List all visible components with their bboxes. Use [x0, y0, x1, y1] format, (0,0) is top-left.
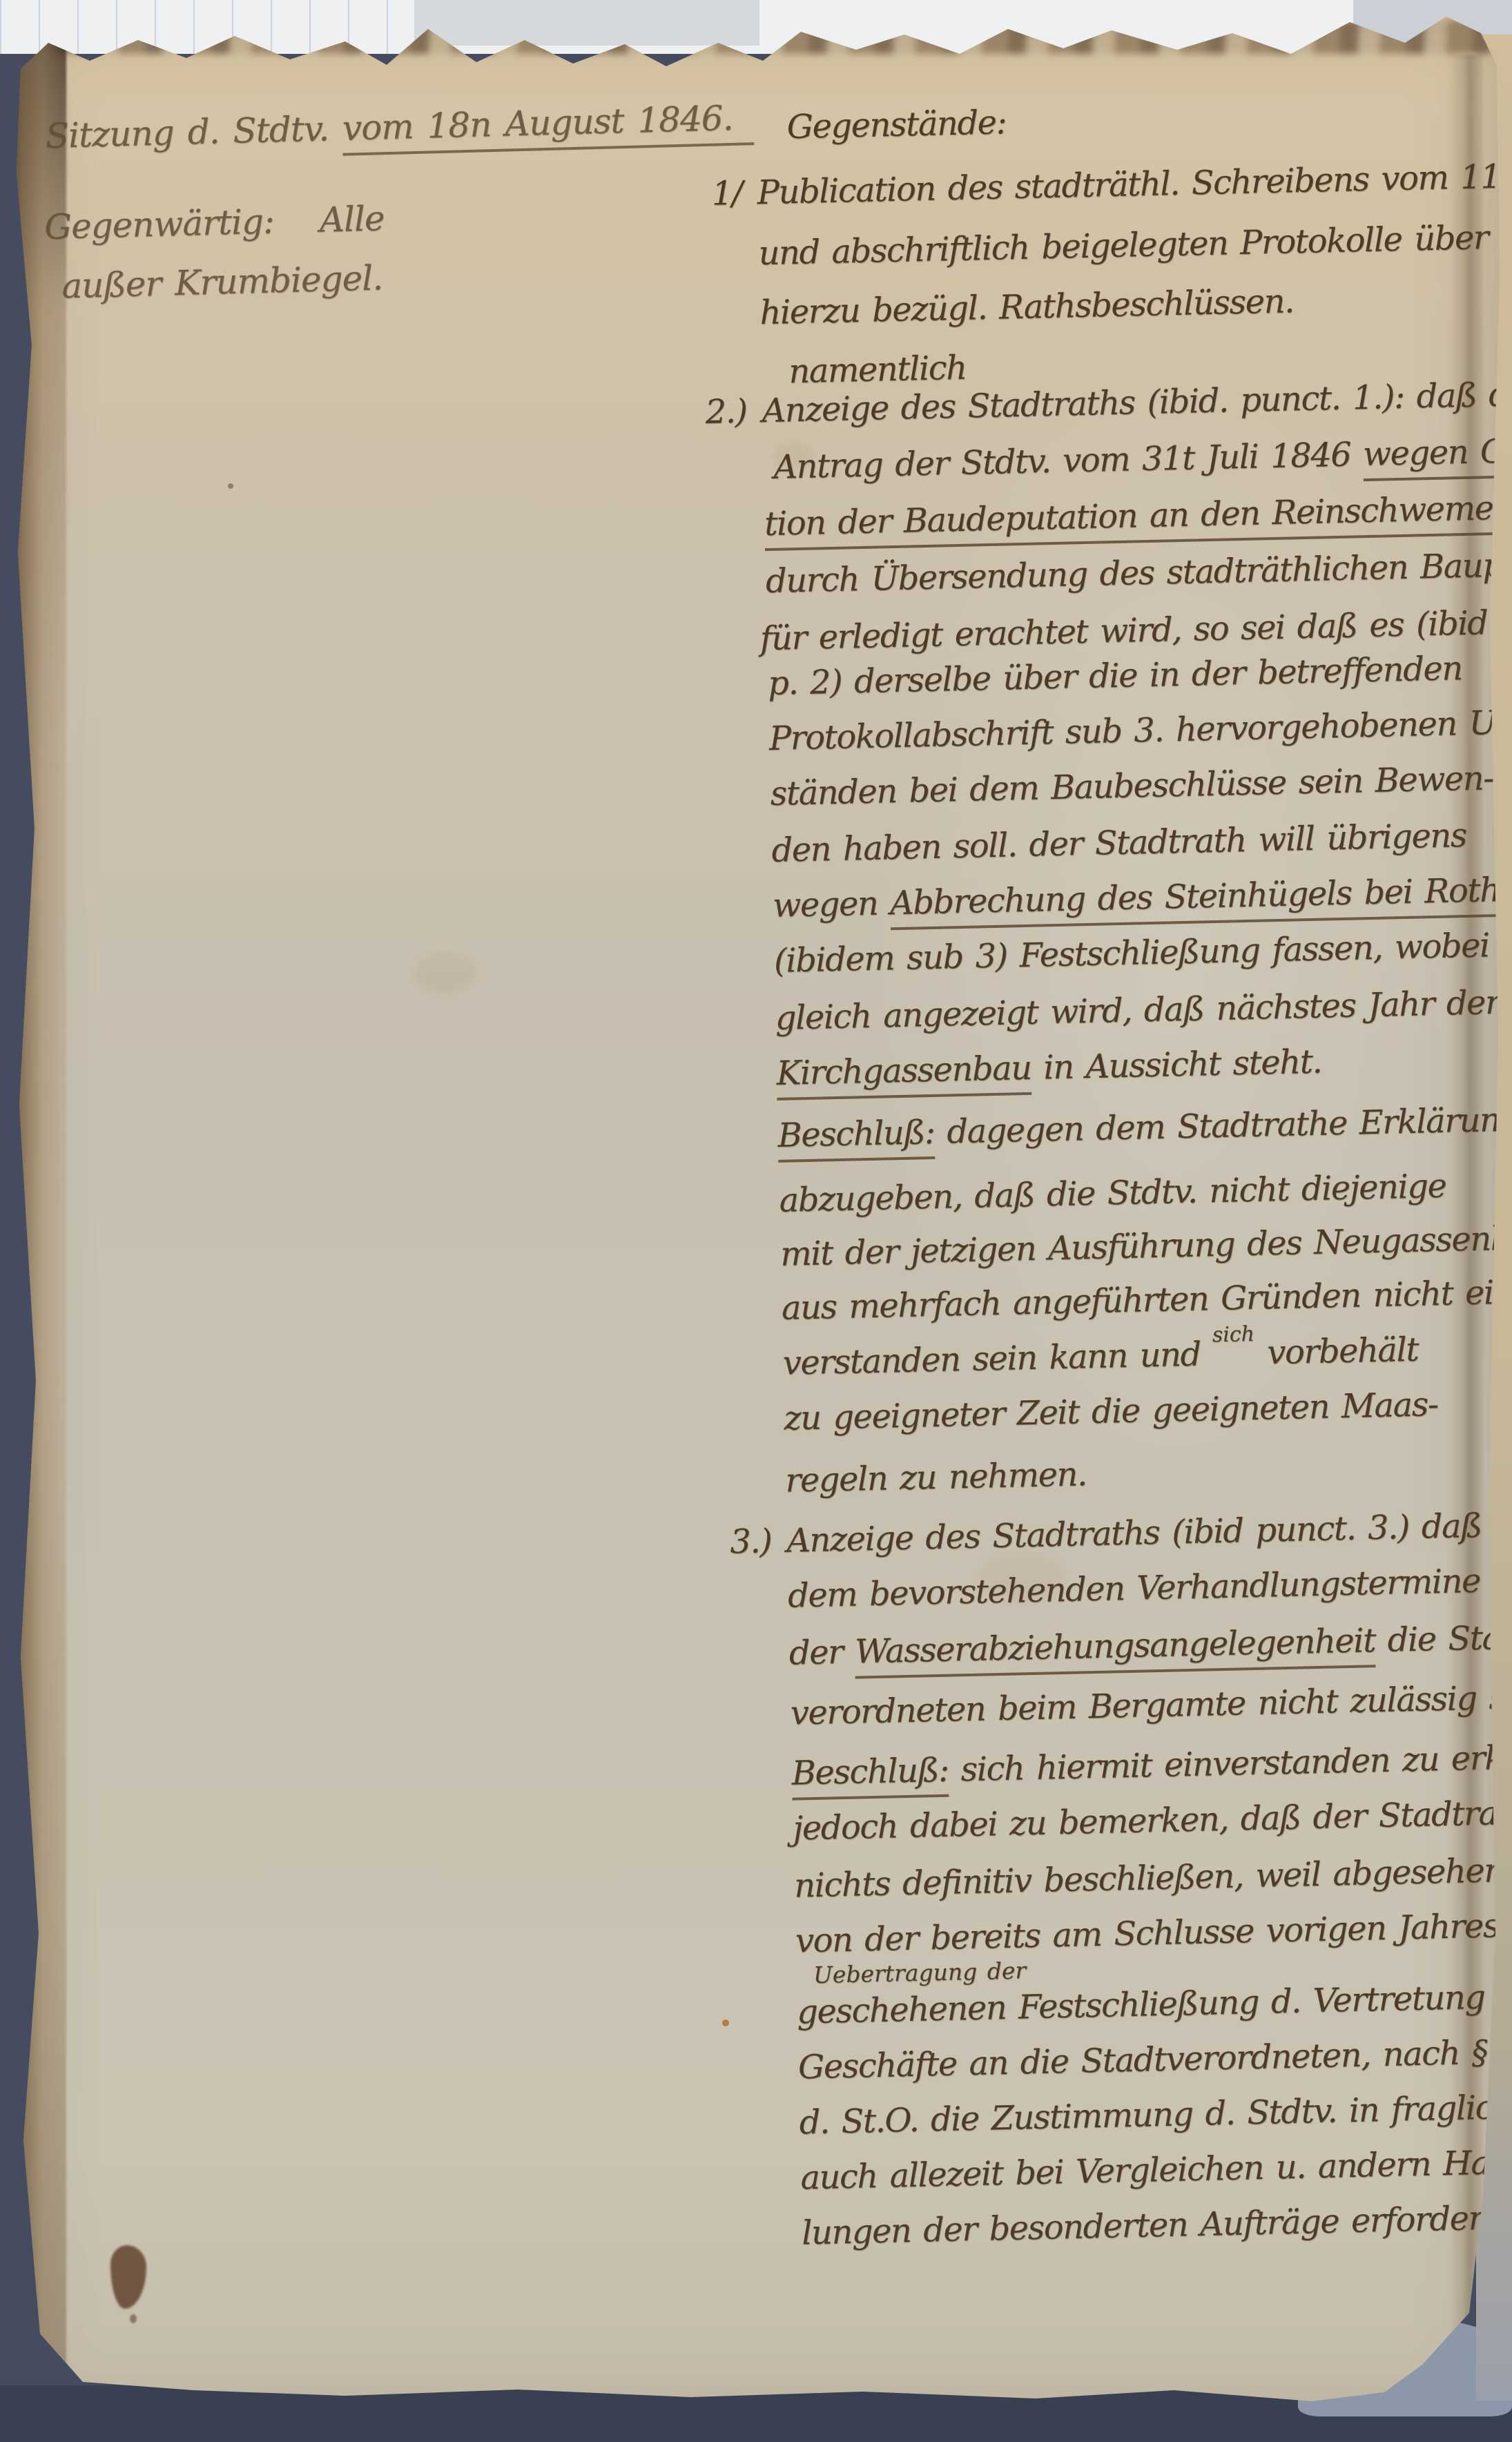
attendance-exception: außer Krumbiegel. — [61, 258, 383, 306]
manuscript-line: regeln zu nehmen. — [785, 1455, 1087, 1500]
section-heading: Gegenstände: — [786, 103, 1007, 146]
line-text: wegen — [773, 884, 891, 925]
item-number: 2.) — [705, 392, 747, 432]
underlined-text: Beschluß: — [777, 1113, 936, 1163]
binding-torn-left-edge — [0, 21, 66, 2414]
inserted-word: sich — [1212, 1322, 1254, 1347]
line-text: Publication des stadträthl. Schreibens v… — [757, 155, 1512, 212]
interline-insertion: Uebertragung der — [813, 1957, 1027, 1988]
manuscript-page: Sitzung d. Stdtv. vom 18n August 1846. G… — [0, 0, 1512, 2442]
ink-blot — [110, 2245, 146, 2309]
line-text: Anzeige des Stadtraths (ibid punct. 3.) … — [786, 1505, 1512, 1560]
underlined-text: Beschluß: — [791, 1751, 949, 1801]
manuscript-line: auch allezeit bei Vergleichen u. andern … — [800, 2142, 1512, 2197]
manuscript-line: jedoch dabei zu bemerken, daß der Stadtr… — [793, 1793, 1512, 1848]
line-text: sich hiermit einverstanden zu erklären — [948, 1737, 1512, 1790]
background-gray-patch — [414, 0, 759, 46]
attendance-value: Alle — [319, 198, 385, 240]
resolution-line: Beschluß: sich hiermit einverstanden zu … — [791, 1737, 1512, 1793]
manuscript-line: verordneten beim Bergamte nicht zulässig… — [790, 1677, 1512, 1732]
manuscript-photo: Sitzung d. Stdtv. vom 18n August 1846. G… — [0, 0, 1512, 2442]
rust-speck — [722, 2019, 729, 2026]
speck — [228, 483, 233, 489]
manuscript-line: von der bereits am Schlusse vorigen Jahr… — [795, 1906, 1499, 1960]
manuscript-line: der Wasserabziehungsangelegenheit die St… — [788, 1618, 1512, 1673]
line-text: vorbehält — [1254, 1330, 1419, 1373]
underlined-text: Kirchgassenbau — [776, 1049, 1032, 1101]
underlined-text: Wasserabziehungsangelegenheit — [855, 1621, 1376, 1678]
manuscript-line: d. St.O. die Zustimmung d. Stdtv. in fra… — [799, 2087, 1512, 2142]
manuscript-line: hierzu bezügl. Rathsbeschlüssen. — [759, 282, 1294, 332]
manuscript-line: 1/Publication des stadträthl. Schreibens… — [757, 155, 1512, 212]
manuscript-line: 3.)Anzeige des Stadtraths (ibid punct. 3… — [786, 1505, 1512, 1560]
underlined-text: wegen Gesta- — [1362, 430, 1512, 481]
manuscript-line: namentlich — [788, 349, 967, 391]
item-number: 3.) — [730, 1522, 772, 1561]
session-title-text: Sitzung d. Stdtv. — [45, 108, 343, 156]
item-number: 1/ — [711, 174, 742, 213]
ink-blot-dot — [130, 2314, 137, 2323]
session-date-underlined: vom 18n August 1846. — [342, 97, 754, 156]
paper-stain — [414, 953, 476, 994]
manuscript-line: nichts definitiv beschließen, weil abges… — [794, 1851, 1505, 1905]
session-title: Sitzung d. Stdtv. vom 18n August 1846. — [45, 97, 754, 156]
attendance-line: Gegenwärtig:Alle — [43, 198, 385, 247]
line-text: in Aussicht steht. — [1031, 1043, 1322, 1087]
line-text: der — [788, 1633, 855, 1673]
manuscript-line: lungen der besonderten Aufträge erforder… — [802, 2196, 1512, 2252]
manuscript-line: und abschriftlich beigelegten Protokolle… — [758, 217, 1512, 273]
manuscript-line: Geschäfte an die Stadtverordneten, nach … — [797, 2032, 1512, 2087]
attendance-label: Gegenwärtig: — [43, 201, 274, 247]
